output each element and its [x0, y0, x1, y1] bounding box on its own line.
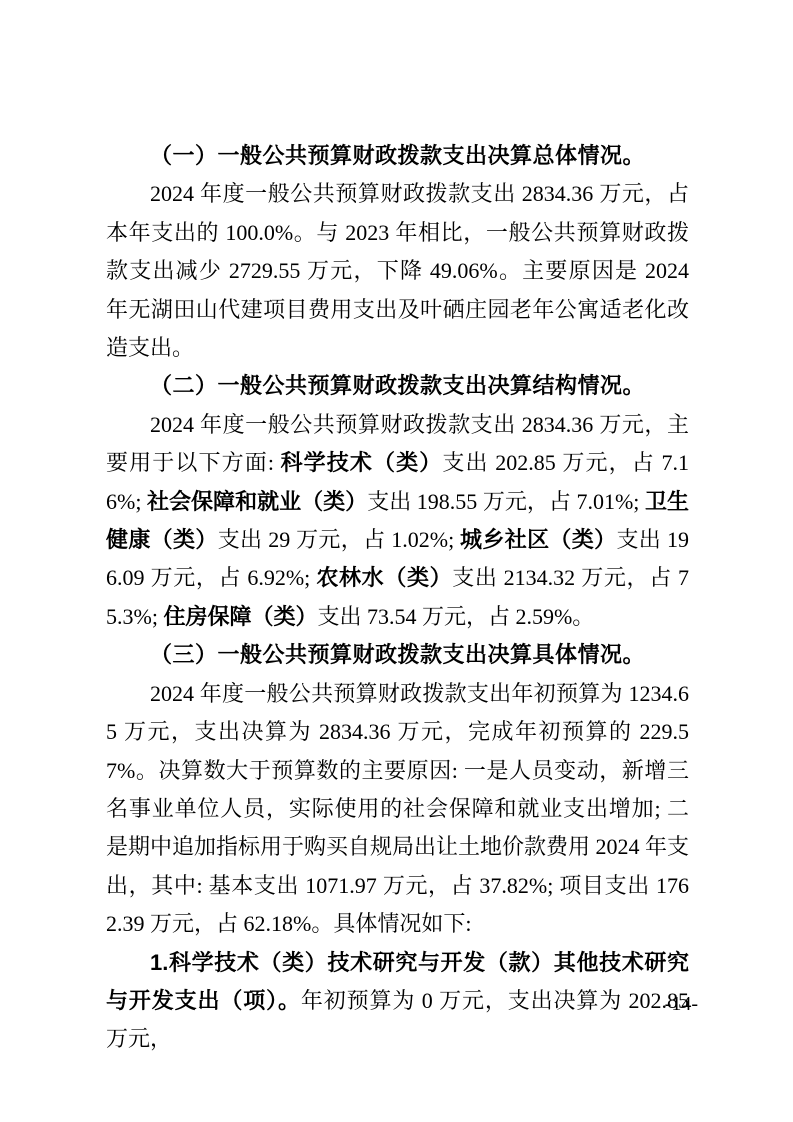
- text-run: 支出 198.55 万元，占 7.01%;: [367, 489, 645, 514]
- text-run: 2024 年度一般公共预算财政拨款支出 2834.36 万元，占本年支出的 10…: [106, 181, 689, 360]
- body-paragraph: 2024 年度一般公共预算财政拨款支出 2834.36 万元，占本年支出的 10…: [106, 175, 689, 367]
- bold-text-run: （二）一般公共预算财政拨款支出决算结构情况。: [150, 373, 645, 398]
- section-heading: （一）一般公共预算财政拨款支出决算总体情况。: [106, 137, 689, 175]
- bold-text-run: 科学技术（类）: [281, 450, 443, 475]
- bold-text-run: 住房保障（类）: [163, 604, 317, 629]
- text-run: 支出 73.54 万元，占 2.59%。: [317, 604, 594, 629]
- document-content: （一）一般公共预算财政拨款支出决算总体情况。2024 年度一般公共预算财政拨款支…: [106, 137, 689, 1059]
- bold-text-run: （三）一般公共预算财政拨款支出决算具体情况。: [150, 642, 645, 667]
- body-paragraph: 1.科学技术（类）技术研究与开发（款）其他技术研究与开发支出（项）。年初预算为 …: [106, 944, 689, 1059]
- document-page: （一）一般公共预算财政拨款支出决算总体情况。2024 年度一般公共预算财政拨款支…: [0, 0, 793, 1122]
- body-paragraph: 2024 年度一般公共预算财政拨款支出 2834.36 万元，主要用于以下方面:…: [106, 406, 689, 636]
- page-number: -14-: [665, 993, 698, 1015]
- body-paragraph: 2024 年度一般公共预算财政拨款支出年初预算为 1234.65 万元，支出决算…: [106, 675, 689, 944]
- bold-text-run: 农林水（类）: [316, 565, 452, 590]
- bold-text-run: 社会保障和就业（类）: [147, 489, 367, 514]
- section-heading: （三）一般公共预算财政拨款支出决算具体情况。: [106, 636, 689, 674]
- section-heading: （二）一般公共预算财政拨款支出决算结构情况。: [106, 367, 689, 405]
- bold-text-run: 城乡社区（类）: [460, 527, 616, 552]
- bold-text-run: （一）一般公共预算财政拨款支出决算总体情况。: [150, 143, 645, 168]
- text-run: 2024 年度一般公共预算财政拨款支出年初预算为 1234.65 万元，支出决算…: [106, 681, 689, 936]
- text-run: 支出 29 万元，占 1.02%;: [218, 527, 460, 552]
